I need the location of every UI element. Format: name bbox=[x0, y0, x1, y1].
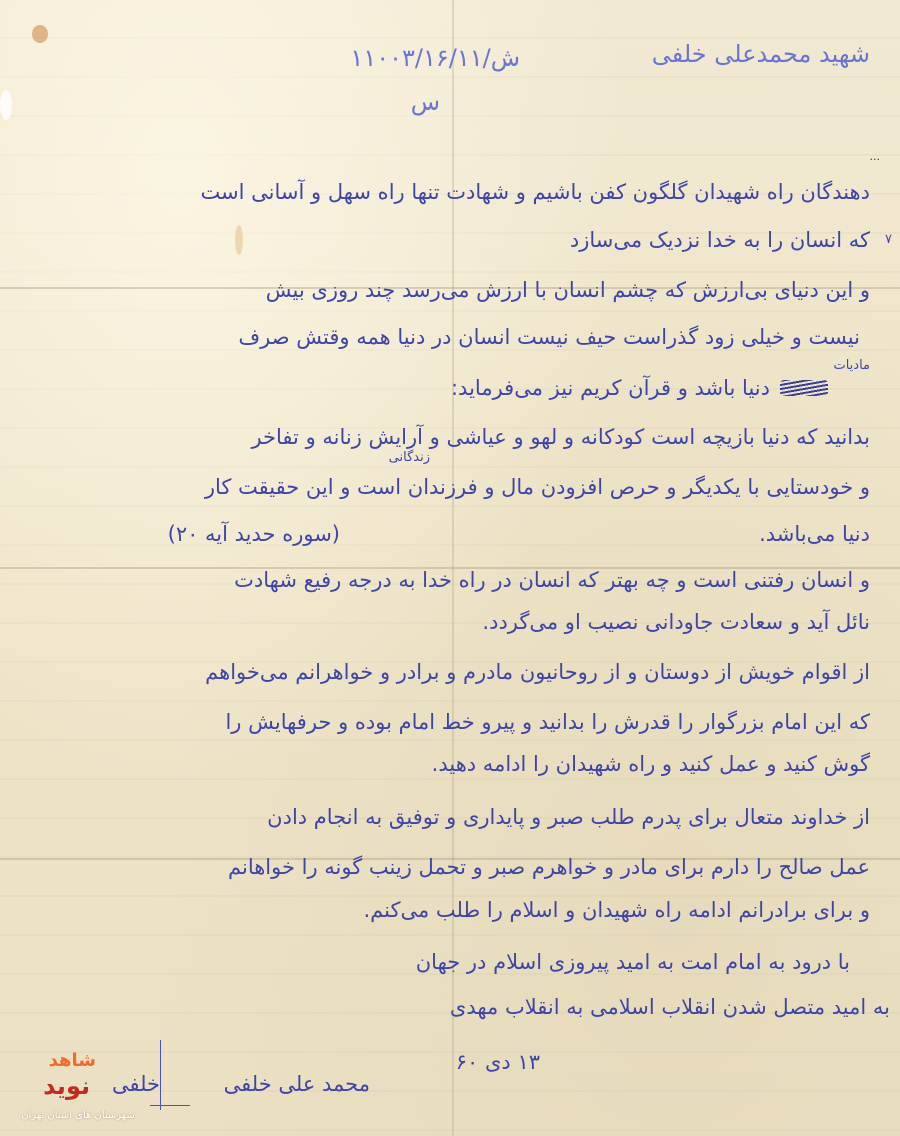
letter-line-3: و این دنیای بی‌ارزش که چشم انسان با ارزش… bbox=[266, 278, 870, 302]
letter-line-14: از خداوند متعال برای پدرم طلب صبر و پاید… bbox=[267, 805, 870, 829]
letter-line-11: از اقوام خویش از دوستان و از روحانیون ما… bbox=[205, 660, 870, 684]
letter-line-13: گوش کنید و عمل کنید و راه شهیدان را ادام… bbox=[432, 752, 870, 776]
signature-name: محمد علی خلفی bbox=[224, 1072, 370, 1096]
paper-tear bbox=[0, 90, 12, 120]
letter-line-9: و انسان رفتنی است و چه بهتر که انسان در … bbox=[234, 568, 870, 592]
paper-stain bbox=[235, 225, 243, 255]
letter-date: ۱۳ دی ۶۰ bbox=[456, 1050, 540, 1074]
watermark-logo: شاهد نوید شهرستان های استان تهران bbox=[8, 1048, 148, 1132]
letter-line-12: که این امام بزرگوار را قدرش را بدانید و … bbox=[225, 710, 870, 734]
letter-line-15: عمل صالح را دارم برای مادر و خواهرم صبر … bbox=[228, 855, 870, 879]
letter-line-5: دنیا باشد و قرآن کریم نیز می‌فرماید: bbox=[451, 376, 770, 400]
letter-line-4: نیست و خیلی زود گذراست حیف نیست انسان در… bbox=[238, 325, 860, 349]
signature-stroke bbox=[150, 1105, 190, 1106]
insert-note-materialism: مادیات bbox=[833, 358, 870, 373]
pencil-note: ... bbox=[870, 150, 881, 163]
letter-page: شهید محمدعلی خلفی ۱۱۰۰۳/۱۶/۱۱/ش س ... ده… bbox=[0, 0, 900, 1136]
insert-note-life: زندگانی bbox=[389, 450, 430, 465]
logo-mark: شاهد نوید bbox=[16, 1048, 126, 1108]
archive-sub: س bbox=[411, 88, 440, 116]
margin-mark: ۷ bbox=[885, 232, 892, 247]
signature-stroke bbox=[160, 1040, 161, 1110]
paper-stain bbox=[32, 25, 48, 43]
letter-line-1: دهندگان راه شهیدان گلگون کفن باشیم و شها… bbox=[200, 180, 870, 204]
letter-line-6: بدانید که دنیا بازیچه است کودکانه و لهو … bbox=[251, 425, 870, 449]
logo-text-top: شاهد bbox=[49, 1050, 96, 1071]
letter-line-8: دنیا می‌باشد. bbox=[759, 522, 870, 546]
letter-line-18: به امید متصل شدن انقلاب اسلامی به انقلاب… bbox=[450, 995, 890, 1019]
letter-line-10: نائل آید و سعادت جاودانی نصیب او می‌گردد… bbox=[482, 610, 870, 634]
logo-caption: شهرستان های استان تهران bbox=[8, 1110, 148, 1121]
letter-line-2: که انسان را به خدا نزدیک می‌سازد bbox=[570, 228, 870, 252]
archive-number: ۱۱۰۰۳/۱۶/۱۱/ش bbox=[350, 44, 520, 72]
letter-line-16: و برای برادرانم ادامه راه شهیدان و اسلام… bbox=[363, 898, 870, 922]
letter-line-7: و خودستایی با یکدیگر و حرص افزودن مال و … bbox=[205, 475, 870, 499]
letter-title: شهید محمدعلی خلفی bbox=[652, 40, 870, 68]
quran-citation: (سوره حدید آیه ۲۰) bbox=[168, 522, 340, 546]
logo-text-bottom: نوید bbox=[43, 1072, 90, 1100]
letter-line-17: با درود به امام امت به امید پیروزی اسلام… bbox=[416, 950, 850, 974]
crossed-out-word bbox=[780, 380, 828, 396]
